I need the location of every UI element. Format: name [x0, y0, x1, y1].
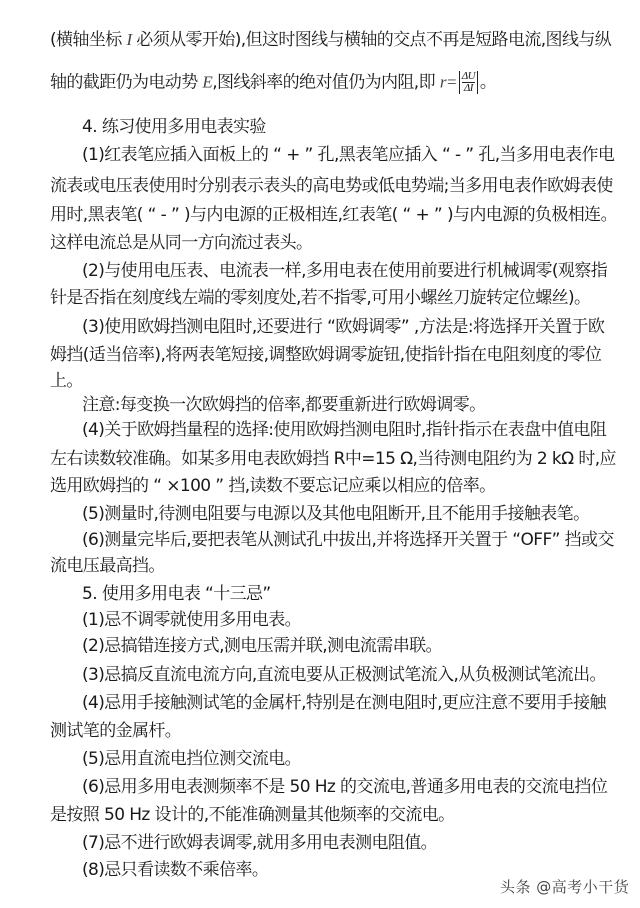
s5-item7: (7)忌不进行欧姆表调零,就用多用电表测电阻值。 — [82, 832, 437, 854]
s4-item4-line2: 左右读数较准确。如某多用电表欧姆挡 R中=15 Ω,当待测电阻约为 2 kΩ 时… — [50, 448, 616, 470]
text: 。 — [480, 73, 496, 93]
section-5-heading: 5. 使用多用电表 “十三忌” — [82, 583, 271, 605]
watermark: 头条 @高考小干货 — [500, 876, 629, 897]
text: 轴的截距仍为电动势 — [50, 73, 202, 93]
s4-item5-line1: (5)测量时,待测电阻要与电源以及其他电阻断开,且不能用手接触表笔。 — [82, 503, 590, 525]
variable-e: E — [202, 73, 212, 92]
s5-item8: (8)忌只看读数不乘倍率。 — [82, 859, 268, 881]
s5-item4-line1: (4)忌用手接触测试笔的金属杆,特别是在测电阻时,更应注意不要用手接触 — [82, 692, 606, 714]
s4-item1-line2: 流表或电压表使用时分别表示表头的高电势或低电势端;当多用电表作欧姆表使 — [50, 175, 613, 197]
intro-line-1: (横轴坐标 I 必须从零开始),但这时图线与横轴的交点不再是短路电流,图线与纵 — [50, 29, 611, 51]
s4-item6-line2: 流电压最高挡。 — [50, 555, 165, 577]
s4-item2-line1: (2)与使用电压表、电流表一样,多用电表在使用前要进行机械调零(观察指 — [82, 260, 607, 282]
s5-item1: (1)忌不调零就使用多用电表。 — [82, 609, 301, 631]
s4-item4-line3: 选用欧姆挡的 “ ×100 ” 挡,读数不要忘记应乘以相应的倍率。 — [50, 475, 496, 497]
s5-item2: (2)忌搞错连接方式,测电压需并联,测电流需串联。 — [82, 635, 442, 657]
s4-item3-line1: (3)使用欧姆挡测电阻时,还要进行 “欧姆调零” ,方法是:将选择开关置于欧 — [82, 316, 604, 338]
s4-note: 注意:每变换一次欧姆挡的倍率,都要重新进行欧姆调零。 — [82, 394, 486, 416]
s4-item6-line1: (6)测量完毕后,要把表笔从测试孔中拔出,并将选择开关置于 “OFF” 挡或交 — [82, 529, 614, 551]
fraction-denominator: ΔI — [462, 83, 475, 94]
s5-item5: (5)忌用直流电挡位测交流电。 — [82, 748, 301, 770]
s4-item4-line1: (4)关于欧姆挡量程的选择:使用欧姆挡测电阻时,指针指示在表盘中值电阻 — [82, 419, 606, 441]
text: 必须从零开始),但这时图线与横轴的交点不再是短路电流,图线与纵 — [132, 30, 612, 50]
text: ,图线斜率的绝对值仍为内阻,即 — [212, 73, 440, 93]
s5-item4-line2: 测试笔的金属杆。 — [50, 720, 181, 742]
s4-item1-line3: 用时,黑表笔( “ - ” )与内电源的正极相连,红表笔( “ + ” )与内电… — [50, 204, 617, 226]
s5-item6-line1: (6)忌用多用电表测频率不是 50 Hz 的交流电,普通多用电表的交流电挡位 — [82, 776, 607, 798]
s5-item6-line2: 是按照 50 Hz 设计的,不能准确测量其他频率的交流电。 — [50, 804, 455, 826]
s4-item2-line2: 针是否指在刻度线左端的零刻度处,若不指零,可用小螺丝刀旋转定位螺丝)。 — [50, 287, 590, 309]
s4-item3-line3: 上。 — [50, 370, 83, 392]
abs-fraction: ΔUΔI — [459, 71, 478, 94]
section-4-heading: 4. 练习使用多用电表实验 — [82, 116, 266, 138]
s4-item1-line1: (1)红表笔应插入面板上的 “ + ” 孔,黑表笔应插入 “ - ” 孔,当多用… — [82, 144, 614, 166]
formula-lhs: r= — [440, 73, 457, 92]
s4-item3-line2: 姆挡(适当倍率),将两表笔短接,调整欧姆调零旋钮,使指针指在电阻刻度的零位 — [50, 344, 601, 366]
text: (横轴坐标 — [50, 30, 126, 50]
s4-item1-line4: 这样电流总是从同一方向流过表头。 — [50, 232, 312, 254]
intro-line-2: 轴的截距仍为电动势 E,图线斜率的绝对值仍为内阻,即 r=ΔUΔI。 — [50, 71, 496, 94]
s5-item3: (3)忌搞反直流电流方向,直流电要从正极测试笔流入,从负极测试笔流出。 — [82, 664, 606, 686]
